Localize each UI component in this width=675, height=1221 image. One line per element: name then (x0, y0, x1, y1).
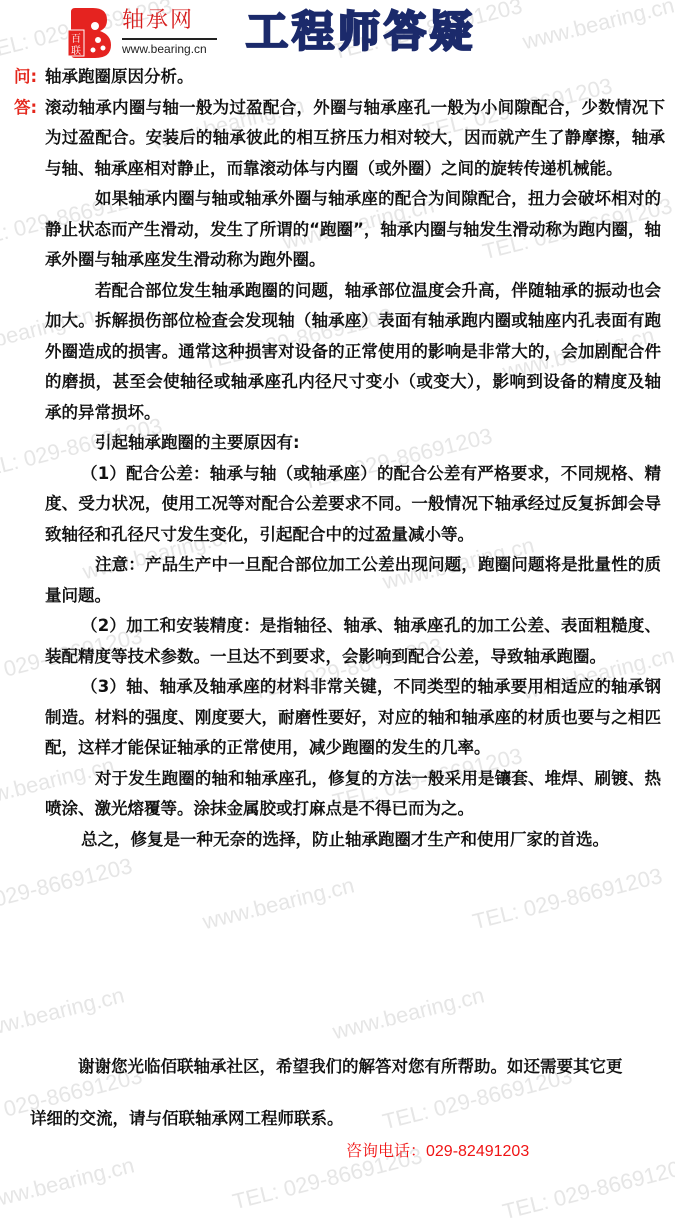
qa-content: 问: 轴承跑圈原因分析。 答: 滚动轴承内圈与轴一般为过盈配合，外圈与轴承座孔一… (0, 62, 675, 855)
watermark-text: www.bearing.cn (200, 872, 357, 935)
header: 百 联 轴承网 www.bearing.cn 工程师答疑 (0, 0, 675, 62)
question-label: 问: (14, 62, 37, 93)
cause-item-3: （3）轴、轴承及轴承座的材料非常关键，不同类型的轴承要用相适应的轴承钢制造。材料… (0, 672, 675, 764)
watermark-text: www.bearing.cn (330, 982, 487, 1045)
logo-badge-text: 百 (71, 33, 81, 45)
closing-message: 谢谢您光临佰联轴承社区，希望我们的解答对您有所帮助。如还需要其它更 详细的交流，… (0, 1052, 675, 1134)
answer-paragraph: 若配合部位发生轴承跑圈的问题，轴承部位温度会升高，伴随轴承的振动也会加大。拆解损… (0, 276, 675, 429)
logo-b-icon: 百 联 (67, 8, 113, 58)
answer-row: 答: 滚动轴承内圈与轴一般为过盈配合，外圈与轴承座孔一般为小间隙配合，少数情况下… (0, 93, 675, 185)
contact-phone: 咨询电话：029-82491203 (346, 1138, 529, 1161)
summary-paragraph: 总之，修复是一种无奈的选择，防止轴承跑圈才生产和使用厂家的首选。 (0, 825, 675, 856)
page-title: 工程师答疑 (246, 6, 476, 58)
repair-paragraph: 对于发生跑圈的轴和轴承座孔，修复的方法一般采用是镶套、堆焊、刷镀、热喷涂、激光熔… (0, 764, 675, 825)
logo-url: www.bearing.cn (122, 41, 207, 57)
closing-line-2: 详细的交流，请与佰联轴承网工程师联系。 (0, 1104, 675, 1134)
cause-note: 注意：产品生产中一旦配合部位加工公差出现问题，跑圈问题将是批量性的质量问题。 (0, 550, 675, 611)
question-text: 轴承跑圈原因分析。 (45, 67, 194, 86)
svg-text:联: 联 (71, 45, 81, 57)
question-row: 问: 轴承跑圈原因分析。 (0, 62, 675, 93)
answer-paragraph: 如果轴承内圈与轴或轴承外圈与轴承座的配合为间隙配合，扭力会破坏相对的静止状态而产… (0, 184, 675, 276)
watermark-text: www.bearing.cn (0, 982, 127, 1045)
answer-label: 答: (14, 93, 37, 124)
logo-divider (122, 38, 217, 40)
watermark-text: www.bearing.cn (0, 1152, 137, 1215)
closing-line-1: 谢谢您光临佰联轴承社区，希望我们的解答对您有所帮助。如还需要其它更 (0, 1052, 675, 1082)
watermark-text: TEL: 029-86691203 (0, 853, 135, 925)
watermark-text: TEL: 029-86691203 (470, 863, 665, 935)
watermark-text: TEL: 029-86691203 (500, 1153, 675, 1221)
cause-item-1: （1）配合公差：轴承与轴（或轴承座）的配合公差有严格要求，不同规格、精度、受力状… (0, 459, 675, 551)
answer-intro: 滚动轴承内圈与轴一般为过盈配合，外圈与轴承座孔一般为小间隙配合，少数情况下为过盈… (45, 98, 665, 178)
logo-wordmark: 轴承网 (122, 8, 194, 34)
causes-heading: 引起轴承跑圈的主要原因有: (0, 428, 675, 459)
cause-item-2: （2）加工和安装精度：是指轴径、轴承、轴承座孔的加工公差、表面粗糙度、装配精度等… (0, 611, 675, 672)
